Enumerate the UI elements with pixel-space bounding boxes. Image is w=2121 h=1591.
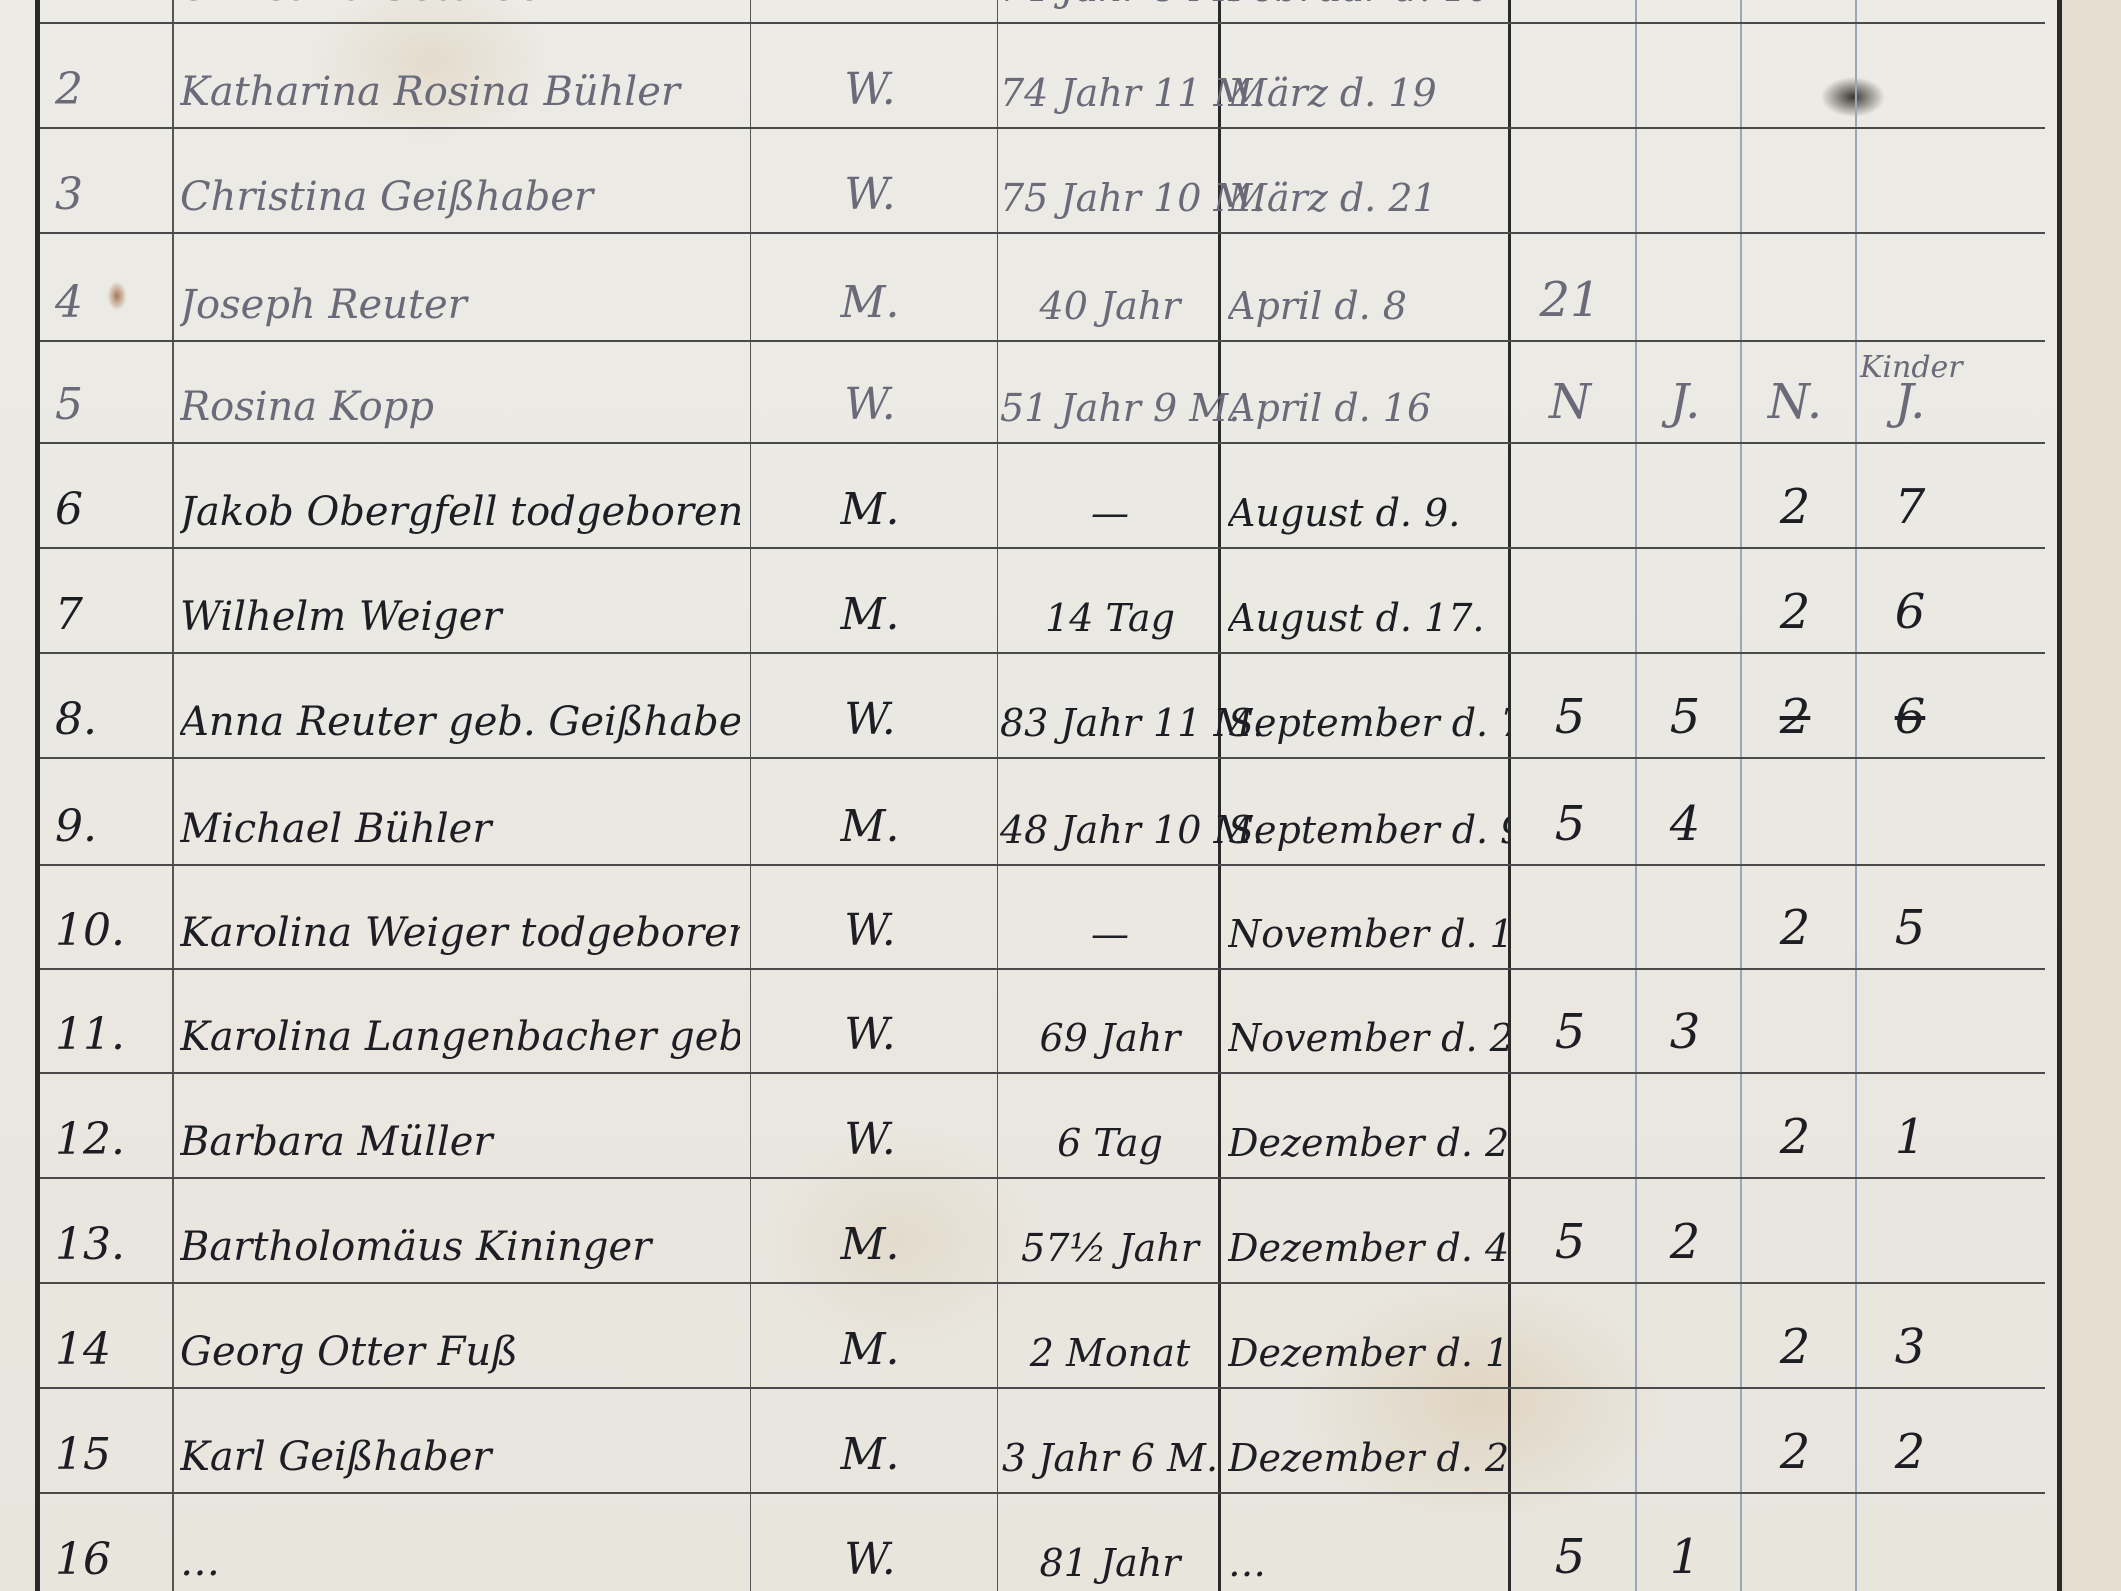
row-rule xyxy=(40,22,2045,24)
entry-number: 5 xyxy=(55,379,83,430)
count-col-3: 2 xyxy=(1740,479,1850,535)
date-of-death: Februar d. 10 xyxy=(1228,0,1508,10)
count-col-1: 5 xyxy=(1515,1529,1625,1585)
age-at-death: 40 Jahr xyxy=(1000,284,1220,328)
deceased-name: Karolina Langenbacher geb. Fischer xyxy=(180,1014,740,1060)
deceased-name: Karolina Weiger todgeboren xyxy=(180,910,740,956)
count-col-4: 6 xyxy=(1855,584,1965,640)
count-col-4: 7 xyxy=(1855,479,1965,535)
entry-number: 8. xyxy=(55,694,97,745)
age-at-death: 2 Monat xyxy=(1000,1331,1220,1375)
row-rule xyxy=(40,442,2045,444)
table-row: 8.Anna Reuter geb. GeißhaberW.83 Jahr 11… xyxy=(0,655,2121,759)
date-of-death: März d. 21 xyxy=(1228,176,1508,220)
sex-marker: W. xyxy=(770,905,970,956)
table-row: 5Rosina KoppW.51 Jahr 9 M.April d. 16NJ.… xyxy=(0,340,2121,444)
sex-marker: W. xyxy=(770,1114,970,1165)
age-at-death: — xyxy=(1000,491,1220,535)
age-at-death: — xyxy=(1000,912,1220,956)
deceased-name: Anna Reuter geb. Geißhaber xyxy=(180,699,740,745)
count-col-1: 21 xyxy=(1515,272,1625,328)
date-of-death: November d. 29. xyxy=(1228,1016,1508,1060)
deceased-name: Wilhelm Weiger xyxy=(180,594,740,640)
sex-marker: M. xyxy=(770,589,970,640)
date-of-death: August d. 17. xyxy=(1228,596,1508,640)
sex-marker: W. xyxy=(770,694,970,745)
row-rule xyxy=(40,1177,2045,1179)
count-col-1: 5 xyxy=(1515,1214,1625,1270)
count-col-4: 1 xyxy=(1855,1109,1965,1165)
deceased-name: Katharina Rosina Bühler xyxy=(180,69,740,115)
entry-number: 10. xyxy=(55,905,125,956)
date-of-death: September d. 9. xyxy=(1228,808,1508,852)
count-col-1: 5 xyxy=(1515,1004,1625,1060)
count-col-2: 4 xyxy=(1630,796,1740,852)
count-col-3: 2 xyxy=(1740,584,1850,640)
deceased-name: Bartholomäus Kininger xyxy=(180,1224,740,1270)
count-col-1: 5 xyxy=(1515,796,1625,852)
count-col-3: 2 xyxy=(1740,689,1850,745)
entry-number: 13. xyxy=(55,1219,125,1270)
table-row: 1Christina GottliebW.74 Jahr 8 M.Februar… xyxy=(0,0,2121,24)
deceased-name: Michael Bühler xyxy=(180,806,740,852)
deceased-name: Rosina Kopp xyxy=(180,384,740,430)
entry-number: 4 xyxy=(55,277,83,328)
deceased-name: Christina Geißhaber xyxy=(180,174,740,220)
age-at-death: 74 Jahr 8 M. xyxy=(1000,0,1220,10)
count-col-4: J. xyxy=(1855,374,1965,430)
count-col-2: J. xyxy=(1630,374,1740,430)
sex-marker: M. xyxy=(770,1429,970,1480)
entry-number: 2 xyxy=(55,64,83,115)
entry-number: 15 xyxy=(55,1429,111,1480)
deceased-name: Georg Otter Fuß xyxy=(180,1329,740,1375)
table-row: 13.Bartholomäus KiningerM.57½ JahrDezemb… xyxy=(0,1180,2121,1284)
row-rule xyxy=(40,1282,2045,1284)
count-col-3: 2 xyxy=(1740,1424,1850,1480)
age-at-death: 48 Jahr 10 M. xyxy=(1000,808,1220,852)
entry-number: 16 xyxy=(55,1534,111,1585)
entry-number: 7 xyxy=(55,589,83,640)
deceased-name: Karl Geißhaber xyxy=(180,1434,740,1480)
row-rule xyxy=(40,127,2045,129)
count-col-4: 2 xyxy=(1855,1424,1965,1480)
table-row: 6Jakob Obergfell todgeborenM.—August d. … xyxy=(0,445,2121,549)
count-col-2: 2 xyxy=(1630,1214,1740,1270)
age-at-death: 51 Jahr 9 M. xyxy=(1000,386,1220,430)
date-of-death: Dezember d. 23 xyxy=(1228,1436,1508,1480)
entry-number: 9. xyxy=(55,801,97,852)
count-col-1: N xyxy=(1515,374,1625,430)
age-at-death: 3 Jahr 6 M. xyxy=(1000,1436,1220,1480)
sex-marker: W. xyxy=(770,0,970,10)
age-at-death: 75 Jahr 10 M. xyxy=(1000,176,1220,220)
date-of-death: Dezember d. 4 xyxy=(1228,1226,1508,1270)
date-of-death: Dezember d. 2. xyxy=(1228,1121,1508,1165)
sex-marker: M. xyxy=(770,277,970,328)
date-of-death: April d. 16 xyxy=(1228,386,1508,430)
count-col-4: 5 xyxy=(1855,900,1965,956)
sex-marker: W. xyxy=(770,1534,970,1585)
table-row: 7Wilhelm WeigerM.14 TagAugust d. 17.26 xyxy=(0,550,2121,654)
sex-marker: M. xyxy=(770,801,970,852)
table-row: 15Karl GeißhaberM.3 Jahr 6 M.Dezember d.… xyxy=(0,1390,2121,1494)
count-col-3: 2 xyxy=(1740,900,1850,956)
age-at-death: 6 Tag xyxy=(1000,1121,1220,1165)
table-row: 10.Karolina Weiger todgeborenW.—November… xyxy=(0,866,2121,970)
count-col-4: 6 xyxy=(1855,689,1965,745)
row-rule xyxy=(40,652,2045,654)
entry-number: 11. xyxy=(55,1009,125,1060)
table-row: 3Christina GeißhaberW.75 Jahr 10 M.März … xyxy=(0,130,2121,234)
table-row: 12.Barbara MüllerW.6 TagDezember d. 2.21 xyxy=(0,1075,2121,1179)
table-row: 14Georg Otter FußM.2 MonatDezember d. 16… xyxy=(0,1285,2121,1389)
deceased-name: Jakob Obergfell todgeboren xyxy=(180,489,740,535)
count-col-2: 1 xyxy=(1630,1529,1740,1585)
age-at-death: 14 Tag xyxy=(1000,596,1220,640)
age-at-death: 83 Jahr 11 M. xyxy=(1000,701,1220,745)
row-rule xyxy=(40,757,2045,759)
count-col-3: 2 xyxy=(1740,1109,1850,1165)
table-row: 4Joseph ReuterM.40 JahrApril d. 821 xyxy=(0,238,2121,342)
date-of-death: April d. 8 xyxy=(1228,284,1508,328)
deceased-name: Joseph Reuter xyxy=(180,282,740,328)
table-row: 16…W.81 Jahr…51 xyxy=(0,1495,2121,1591)
row-rule xyxy=(40,547,2045,549)
count-col-3: 2 xyxy=(1740,1319,1850,1375)
row-rule xyxy=(40,1387,2045,1389)
deceased-name: Christina Gottlieb xyxy=(180,0,740,10)
date-of-death: … xyxy=(1228,1541,1508,1585)
date-of-death: Dezember d. 16. xyxy=(1228,1331,1508,1375)
age-at-death: 81 Jahr xyxy=(1000,1541,1220,1585)
count-col-3: N. xyxy=(1740,374,1850,430)
count-col-1: 5 xyxy=(1515,689,1625,745)
date-of-death: August d. 9. xyxy=(1228,491,1508,535)
table-row: 9.Michael BühlerM.48 Jahr 10 M.September… xyxy=(0,762,2121,866)
deceased-name: Barbara Müller xyxy=(180,1119,740,1165)
register-page: Kinder 1Christina GottliebW.74 Jahr 8 M.… xyxy=(0,0,2121,1591)
age-at-death: 74 Jahr 11 M. xyxy=(1000,71,1220,115)
entry-number: 6 xyxy=(55,484,83,535)
table-row: 2Katharina Rosina BühlerW.74 Jahr 11 M.M… xyxy=(0,25,2121,129)
sex-marker: W. xyxy=(770,169,970,220)
entry-number: 12. xyxy=(55,1114,125,1165)
count-col-4: 3 xyxy=(1855,1319,1965,1375)
date-of-death: September d. 7. xyxy=(1228,701,1508,745)
date-of-death: November d. 14. xyxy=(1228,912,1508,956)
count-col-2: 3 xyxy=(1630,1004,1740,1060)
sex-marker: M. xyxy=(770,1219,970,1270)
sex-marker: M. xyxy=(770,484,970,535)
sex-marker: W. xyxy=(770,64,970,115)
age-at-death: 57½ Jahr xyxy=(1000,1226,1220,1270)
row-rule xyxy=(40,1072,2045,1074)
row-rule xyxy=(40,1492,2045,1494)
entry-number: 14 xyxy=(55,1324,111,1375)
sex-marker: W. xyxy=(770,379,970,430)
age-at-death: 69 Jahr xyxy=(1000,1016,1220,1060)
row-rule xyxy=(40,232,2045,234)
count-col-2: 5 xyxy=(1630,689,1740,745)
deceased-name: … xyxy=(180,1539,740,1585)
entry-number: 3 xyxy=(55,169,83,220)
entry-number: 1 xyxy=(55,0,83,10)
sex-marker: M. xyxy=(770,1324,970,1375)
date-of-death: März d. 19 xyxy=(1228,71,1508,115)
sex-marker: W. xyxy=(770,1009,970,1060)
table-row: 11.Karolina Langenbacher geb. FischerW.6… xyxy=(0,970,2121,1074)
